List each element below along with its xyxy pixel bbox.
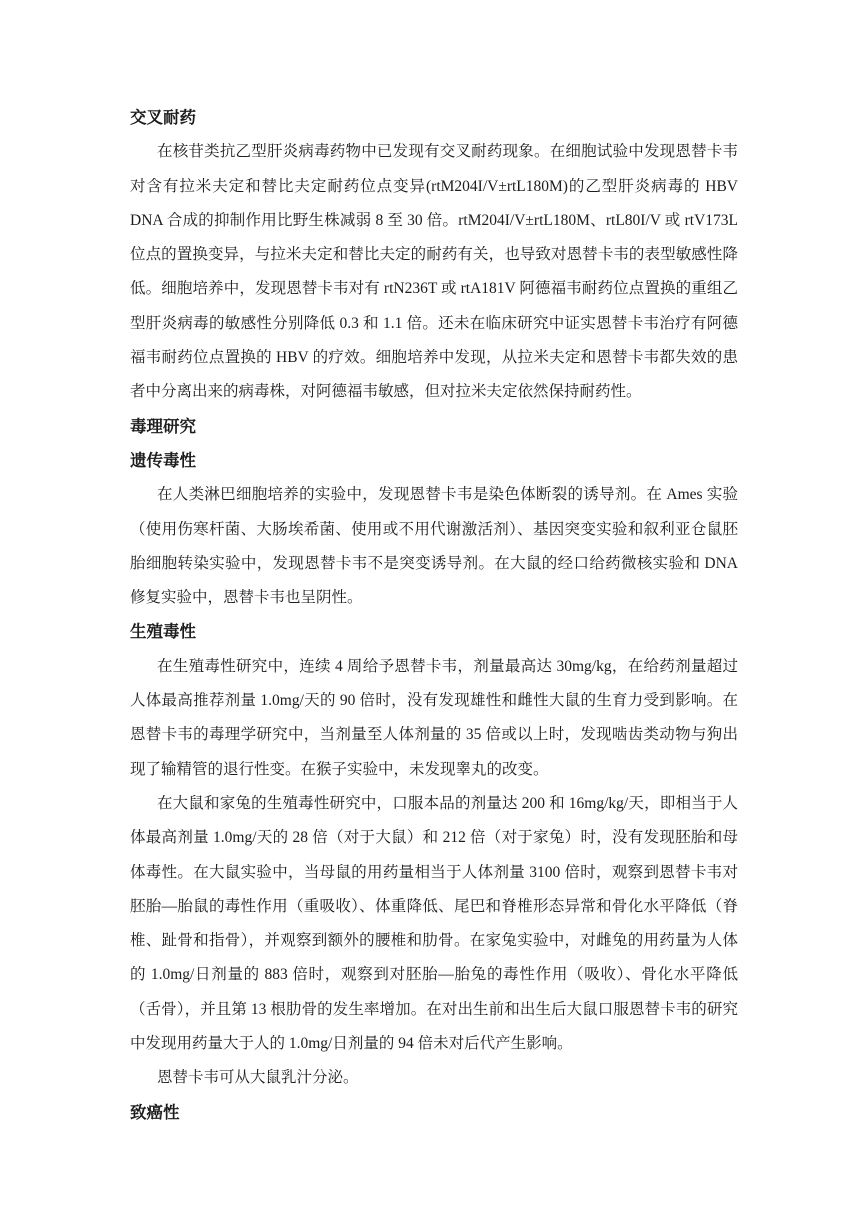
section-heading-cross-resistance: 交叉耐药 <box>130 101 738 135</box>
document-body: 交叉耐药 在核苷类抗乙型肝炎病毒药物中已发现有交叉耐药现象。在细胞试验中发现恩替… <box>130 101 738 1130</box>
section-heading-reproductive-toxicity: 生殖毒性 <box>130 615 738 649</box>
paragraph-reproductive-toxicity-fertility: 在生殖毒性研究中，连续 4 周给予恩替卡韦，剂量最高达 30mg/kg，在给药剂… <box>130 650 738 787</box>
paragraph-cross-resistance: 在核苷类抗乙型肝炎病毒药物中已发现有交叉耐药现象。在细胞试验中发现恩替卡韦对含有… <box>130 135 738 409</box>
paragraph-reproductive-toxicity-embryo: 在大鼠和家兔的生殖毒性研究中，口服本品的剂量达 200 和 16mg/kg/天，… <box>130 787 738 1061</box>
paragraph-genetic-toxicity: 在人类淋巴细胞培养的实验中，发现恩替卡韦是染色体断裂的诱导剂。在 Ames 实验… <box>130 478 738 615</box>
document-page: 交叉耐药 在核苷类抗乙型肝炎病毒药物中已发现有交叉耐药现象。在细胞试验中发现恩替… <box>0 0 868 1227</box>
section-heading-genetic-toxicity: 遗传毒性 <box>130 444 738 478</box>
section-heading-carcinogenicity: 致癌性 <box>130 1096 738 1130</box>
section-heading-toxicology-research: 毒理研究 <box>130 410 738 444</box>
paragraph-lactation: 恩替卡韦可从大鼠乳汁分泌。 <box>130 1061 738 1095</box>
